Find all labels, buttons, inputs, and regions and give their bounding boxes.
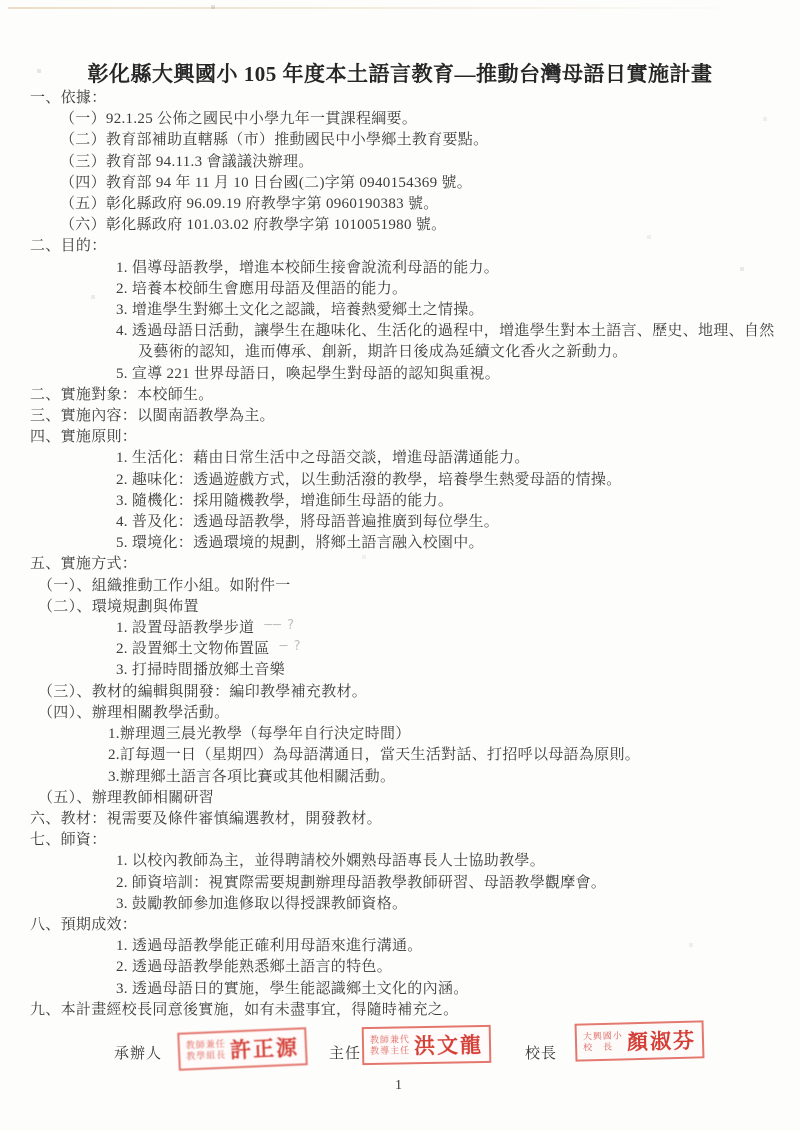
stamp-title-text: 教師兼代 教導主任	[370, 1034, 410, 1057]
doc-line: 2. 師資培訓：視實際需要規劃辦理母語教學教師研習、母語教學觀摩會。	[26, 873, 778, 894]
doc-line: 1. 設置母語教學步道── ?	[26, 618, 778, 639]
doc-line: （一）92.1.25 公佈之國民中小學九年一貫課程綱要。	[26, 109, 778, 130]
stamp-director: 教師兼代 教導主任 洪文龍	[362, 1025, 492, 1065]
doc-line: 2.訂每週一日（星期四）為母語溝通日，當天生活對話、打招呼以母語為原則。	[26, 745, 778, 766]
doc-line: 5. 宣導 221 世界母語日，喚起學生對母語的認知與重視。	[26, 364, 778, 385]
stamp-principal: 大興國小 校 長 顏淑芬	[575, 1020, 705, 1061]
document-body: 一、依據：（一）92.1.25 公佈之國民中小學九年一貫課程綱要。（二）教育部補…	[26, 88, 778, 1021]
doc-line: 5. 環境化：透過環境的規劃，將鄉土語言融入校園中。	[26, 533, 778, 554]
sig-label-director: 主任	[329, 1042, 361, 1063]
doc-line: 4. 普及化：透過母語教學，將母語普遍推廣到每位學生。	[26, 512, 778, 533]
doc-line: 三、實施內容：以閩南語教學為主。	[26, 406, 778, 427]
doc-line: （二）教育部補助直轄縣（市）推動國民中小學鄉土教育要點。	[26, 130, 778, 151]
stamp-title-text: 教師兼任 教學組長	[186, 1039, 227, 1063]
doc-line: 四、實施原則：	[26, 427, 778, 448]
stamp-name: 顏淑芬	[627, 1025, 697, 1057]
doc-line: （三）、教材的編輯與開發：編印教學補充教材。	[26, 682, 778, 703]
pencil-annotation: ─ ?	[280, 639, 302, 654]
doc-line: 1. 透過母語教學能正確利用母語來進行溝通。	[26, 936, 778, 957]
sig-label-principal: 校長	[525, 1042, 557, 1063]
doc-line: 七、師資：	[26, 830, 778, 851]
doc-line: 五、實施方式：	[26, 554, 778, 575]
doc-line: 2. 設置鄉土文物佈置區─ ?	[26, 639, 778, 660]
doc-line: （二）、環境規劃與佈置	[26, 597, 778, 618]
stamp-name: 許正源	[229, 1032, 299, 1065]
doc-line: 二、實施對象：本校師生。	[26, 385, 778, 406]
doc-line: 4. 透過母語日活動，讓學生在趣味化、生活化的過程中，增進學生對本土語言、歷史、…	[26, 321, 778, 363]
doc-line: （一）、組織推動工作小組。如附件一	[26, 576, 778, 597]
pencil-annotation: ── ?	[264, 618, 295, 633]
doc-line: 一、依據：	[26, 88, 778, 109]
doc-line: 八、預期成效：	[26, 915, 778, 936]
doc-line: 3. 增進學生對鄉土文化之認識，培養熱愛鄉土之情操。	[26, 300, 778, 321]
stamp-name: 洪文龍	[414, 1029, 484, 1060]
document-title: 彰化縣大興國小 105 年度本土語言教育—推動台灣母語日實施計畫	[0, 58, 800, 88]
page-number: 1	[395, 1078, 402, 1094]
doc-line: （四）、辦理相關教學活動。	[26, 703, 778, 724]
doc-line: 1. 倡導母語教學，增進本校師生接會說流利母語的能力。	[26, 258, 778, 279]
doc-line: 1. 生活化：藉由日常生活中之母語交談，增進母語溝通能力。	[26, 448, 778, 469]
doc-line: 3. 鼓勵教師參加進修取以得授課教師資格。	[26, 894, 778, 915]
doc-line: 2. 趣味化：透過遊戲方式，以生動活潑的教學，培養學生熱愛母語的情操。	[26, 470, 778, 491]
stamp-undertaker: 教師兼任 教學組長 許正源	[177, 1027, 308, 1071]
doc-line: 1.辦理週三晨光教學（每學年自行決定時間）	[26, 724, 778, 745]
doc-line: 3.辦理鄉土語言各項比賽或其他相關活動。	[26, 767, 778, 788]
doc-line: （五）彰化縣政府 96.09.19 府教學字第 0960190383 號。	[26, 194, 778, 215]
doc-line: 3. 透過母語日的實施，學生能認識鄉土文化的內涵。	[26, 979, 778, 1000]
doc-line: 二、目的：	[26, 236, 778, 257]
doc-line: 2. 透過母語教學能熟悉鄉土語言的特色。	[26, 957, 778, 978]
doc-line: （六）彰化縣政府 101.03.02 府教學字第 1010051980 號。	[26, 215, 778, 236]
scan-noise-specks	[0, 0, 2, 2]
doc-line: 2. 培養本校師生會應用母語及俚語的能力。	[26, 279, 778, 300]
doc-line: （三）教育部 94.11.3 會議議決辦理。	[26, 152, 778, 173]
scan-artifact-line	[8, 7, 756, 9]
doc-line: 九、本計畫經校長同意後實施，如有未盡事宜，得隨時補充之。	[26, 1000, 778, 1021]
doc-line: 1. 以校內教師為主，並得聘請校外嫻熟母語專長人士協助教學。	[26, 851, 778, 872]
doc-line: （四）教育部 94 年 11 月 10 日台國(二)字第 0940154369 …	[26, 173, 778, 194]
sig-label-undertaker: 承辦人	[114, 1042, 162, 1063]
scanned-document-page: 彰化縣大興國小 105 年度本土語言教育—推動台灣母語日實施計畫 一、依據：（一…	[0, 0, 800, 1131]
doc-line: （五）、辦理教師相關研習	[26, 788, 778, 809]
doc-line: 六、教材：視需要及條件審慎編選教材，開發教材。	[26, 809, 778, 830]
stamp-title-text: 大興國小 校 長	[583, 1030, 624, 1053]
doc-line: 3. 打掃時間播放鄉土音樂	[26, 660, 778, 681]
doc-line: 3. 隨機化：採用隨機教學，增進師生母語的能力。	[26, 491, 778, 512]
